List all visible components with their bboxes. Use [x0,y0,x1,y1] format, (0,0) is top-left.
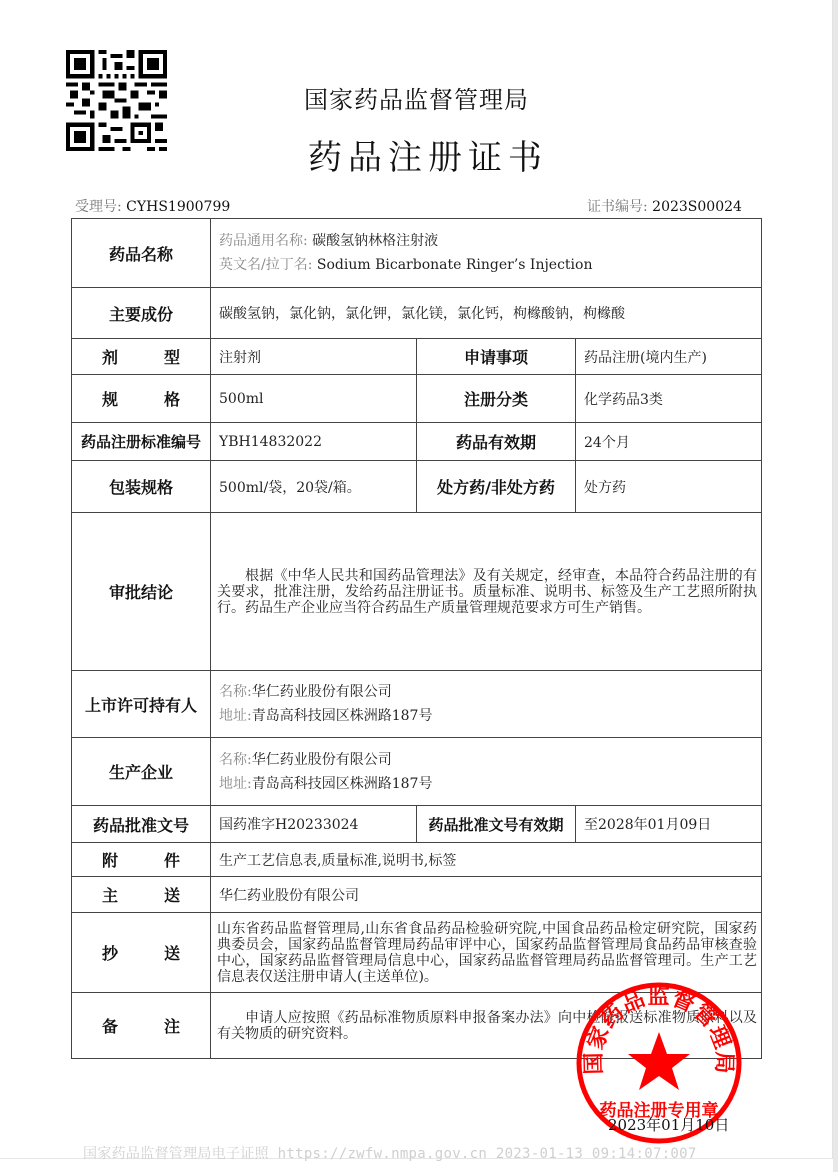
label-dosage-form-b: 型 [164,345,180,368]
label-application: 申请事项 [417,339,576,375]
validity-value: 24个月 [576,423,762,461]
standard-no-value: YBH14832022 [211,423,417,461]
manufacturer-addr-value: 青岛高科技园区株洲路187号 [252,776,433,792]
rx-value: 处方药 [576,461,762,513]
manufacturer-addr-label: 地址: [219,776,252,792]
main-recipient-value: 华仁药业股份有限公司 [211,877,762,913]
english-name-label: 英文名/拉丁名: [219,257,312,273]
certificate-number-value: 2023S00024 [652,199,742,215]
row-packaging: 包装规格 500ml/袋，20袋/箱。 处方药/非处方药 处方药 [72,461,762,513]
acceptance-number: 受理号: CYHS1900799 [75,196,230,216]
label-validity: 药品有效期 [417,423,576,461]
document-title: 药品注册证书 [308,130,548,179]
row-drug-name: 药品名称 药品通用名称: 碳酸氢钠林格注射液 英文名/拉丁名: Sodium B… [72,219,762,288]
label-spec: 规格 [72,375,211,423]
row-remarks: 备注 申请人应按照《药品标准物质原料申报备案办法》向中检院报送标准物质原料以及有… [72,993,762,1059]
issuer-text: 国家药品监督管理局 [304,80,529,115]
mah-addr-value: 青岛高科技园区株洲路187号 [252,708,433,724]
label-remarks: 备注 [72,993,211,1059]
manufacturer-values: 名称:华仁药业股份有限公司 地址:青岛高科技园区株洲路187号 [211,738,762,806]
application-value: 药品注册(境内生产) [576,339,762,375]
label-cc: 抄送 [72,913,211,993]
label-spec-a: 规 [102,387,118,410]
label-cc-b: 送 [164,941,180,964]
label-mah: 上市许可持有人 [72,671,211,738]
label-remarks-b: 注 [164,1014,180,1037]
label-manufacturer: 生产企业 [72,738,211,806]
mah-addr-label: 地址: [219,708,252,724]
generic-name-value: 碳酸氢钠林格注射液 [312,233,438,249]
remarks-value: 申请人应按照《药品标准物质原料申报备案办法》向中检院报送标准物质原料以及有关物质… [217,1010,757,1042]
label-remarks-a: 备 [102,1014,118,1037]
label-approval-validity: 药品批准文号有效期 [417,806,576,843]
label-dosage-form: 剂型 [72,339,211,375]
conclusion-cell: 根据《中华人民共和国药品管理法》及有关规定，经审查，本品符合药品注册的有关要求，… [211,513,762,671]
row-manufacturer: 生产企业 名称:华仁药业股份有限公司 地址:青岛高科技园区株洲路187号 [72,738,762,806]
remarks-cell: 申请人应按照《药品标准物质原料申报备案办法》向中检院报送标准物质原料以及有关物质… [211,993,762,1059]
label-spec-b: 格 [164,387,180,410]
conclusion-value: 根据《中华人民共和国药品管理法》及有关规定，经审查，本品符合药品注册的有关要求，… [217,568,757,616]
approval-validity-value: 至2028年01月09日 [576,806,762,843]
packaging-value: 500ml/袋，20袋/箱。 [211,461,417,513]
row-dosage-form: 剂型 注射剂 申请事项 药品注册(境内生产) [72,339,762,375]
footer-watermark: 国家药品监督管理局电子证照 https://zwfw.nmpa.gov.cn 2… [83,1143,697,1163]
row-standard-no: 药品注册标准编号 YBH14832022 药品有效期 24个月 [72,423,762,461]
mah-values: 名称:华仁药业股份有限公司 地址:青岛高科技园区株洲路187号 [211,671,762,738]
manufacturer-name-label: 名称: [219,752,252,768]
acceptance-number-value: CYHS1900799 [126,199,230,215]
row-cc: 抄送 山东省药品监督管理局,山东省食品药品检验研究院,中国食品药品检定研究院，国… [72,913,762,993]
certificate-table: 药品名称 药品通用名称: 碳酸氢钠林格注射液 英文名/拉丁名: Sodium B… [71,218,762,1059]
row-attachments: 附件 生产工艺信息表,质量标准,说明书,标签 [72,843,762,877]
approval-no-value: 国药准字H20233024 [211,806,417,843]
label-standard-no: 药品注册标准编号 [72,423,211,461]
ingredients-value: 碳酸氢钠，氯化钠，氯化钾，氯化镁，氯化钙，枸橼酸钠，枸橼酸 [211,288,762,339]
label-packaging: 包装规格 [72,461,211,513]
row-mah: 上市许可持有人 名称:华仁药业股份有限公司 地址:青岛高科技园区株洲路187号 [72,671,762,738]
label-ingredients: 主要成份 [72,288,211,339]
certificate-number-label: 证书编号: [587,199,648,215]
manufacturer-name-value: 华仁药业股份有限公司 [252,752,392,768]
viewer-edge [833,0,838,1172]
label-dosage-form-a: 剂 [102,345,118,368]
mah-name-label: 名称: [219,684,252,700]
row-approval-no: 药品批准文号 国药准字H20233024 药品批准文号有效期 至2028年01月… [72,806,762,843]
row-ingredients: 主要成份 碳酸氢钠，氯化钠，氯化钾，氯化镁，氯化钙，枸橼酸钠，枸橼酸 [72,288,762,339]
certificate-page: 国家药品监督管理局 药品注册证书 受理号: CYHS1900799 证书编号: … [0,0,833,1159]
label-approval-no: 药品批准文号 [72,806,211,843]
label-cc-a: 抄 [102,941,118,964]
row-main-recipient: 主送 华仁药业股份有限公司 [72,877,762,913]
category-value: 化学药品3类 [576,375,762,423]
label-attachments-a: 附 [102,848,118,871]
label-conclusion: 审批结论 [72,513,211,671]
dosage-form-value: 注射剂 [211,339,417,375]
label-main-recipient-b: 送 [164,883,180,906]
label-category: 注册分类 [417,375,576,423]
row-spec: 规格 500ml 注册分类 化学药品3类 [72,375,762,423]
cc-value: 山东省药品监督管理局,山东省食品药品检验研究院,中国食品药品检定研究院，国家药典… [217,921,757,985]
certificate-number: 证书编号: 2023S00024 [587,196,742,216]
row-conclusion: 审批结论 根据《中华人民共和国药品管理法》及有关规定，经审查，本品符合药品注册的… [72,513,762,671]
label-drug-name: 药品名称 [72,219,211,288]
attachments-value: 生产工艺信息表,质量标准,说明书,标签 [211,843,762,877]
cc-cell: 山东省药品监督管理局,山东省食品药品检验研究院,中国食品药品检定研究院，国家药典… [211,913,762,993]
label-attachments-b: 件 [164,848,180,871]
english-name-value: Sodium Bicarbonate Ringer’s Injection [317,257,593,273]
label-main-recipient: 主送 [72,877,211,913]
acceptance-number-label: 受理号: [75,199,122,215]
label-attachments: 附件 [72,843,211,877]
label-main-recipient-a: 主 [102,883,118,906]
drug-name-values: 药品通用名称: 碳酸氢钠林格注射液 英文名/拉丁名: Sodium Bicarb… [211,219,762,288]
spec-value: 500ml [211,375,417,423]
qr-code-icon [66,50,167,151]
mah-name-value: 华仁药业股份有限公司 [252,684,392,700]
label-rx: 处方药/非处方药 [417,461,576,513]
generic-name-label: 药品通用名称: [219,233,308,249]
seal-date: 2023年01月10日 [608,1114,729,1135]
